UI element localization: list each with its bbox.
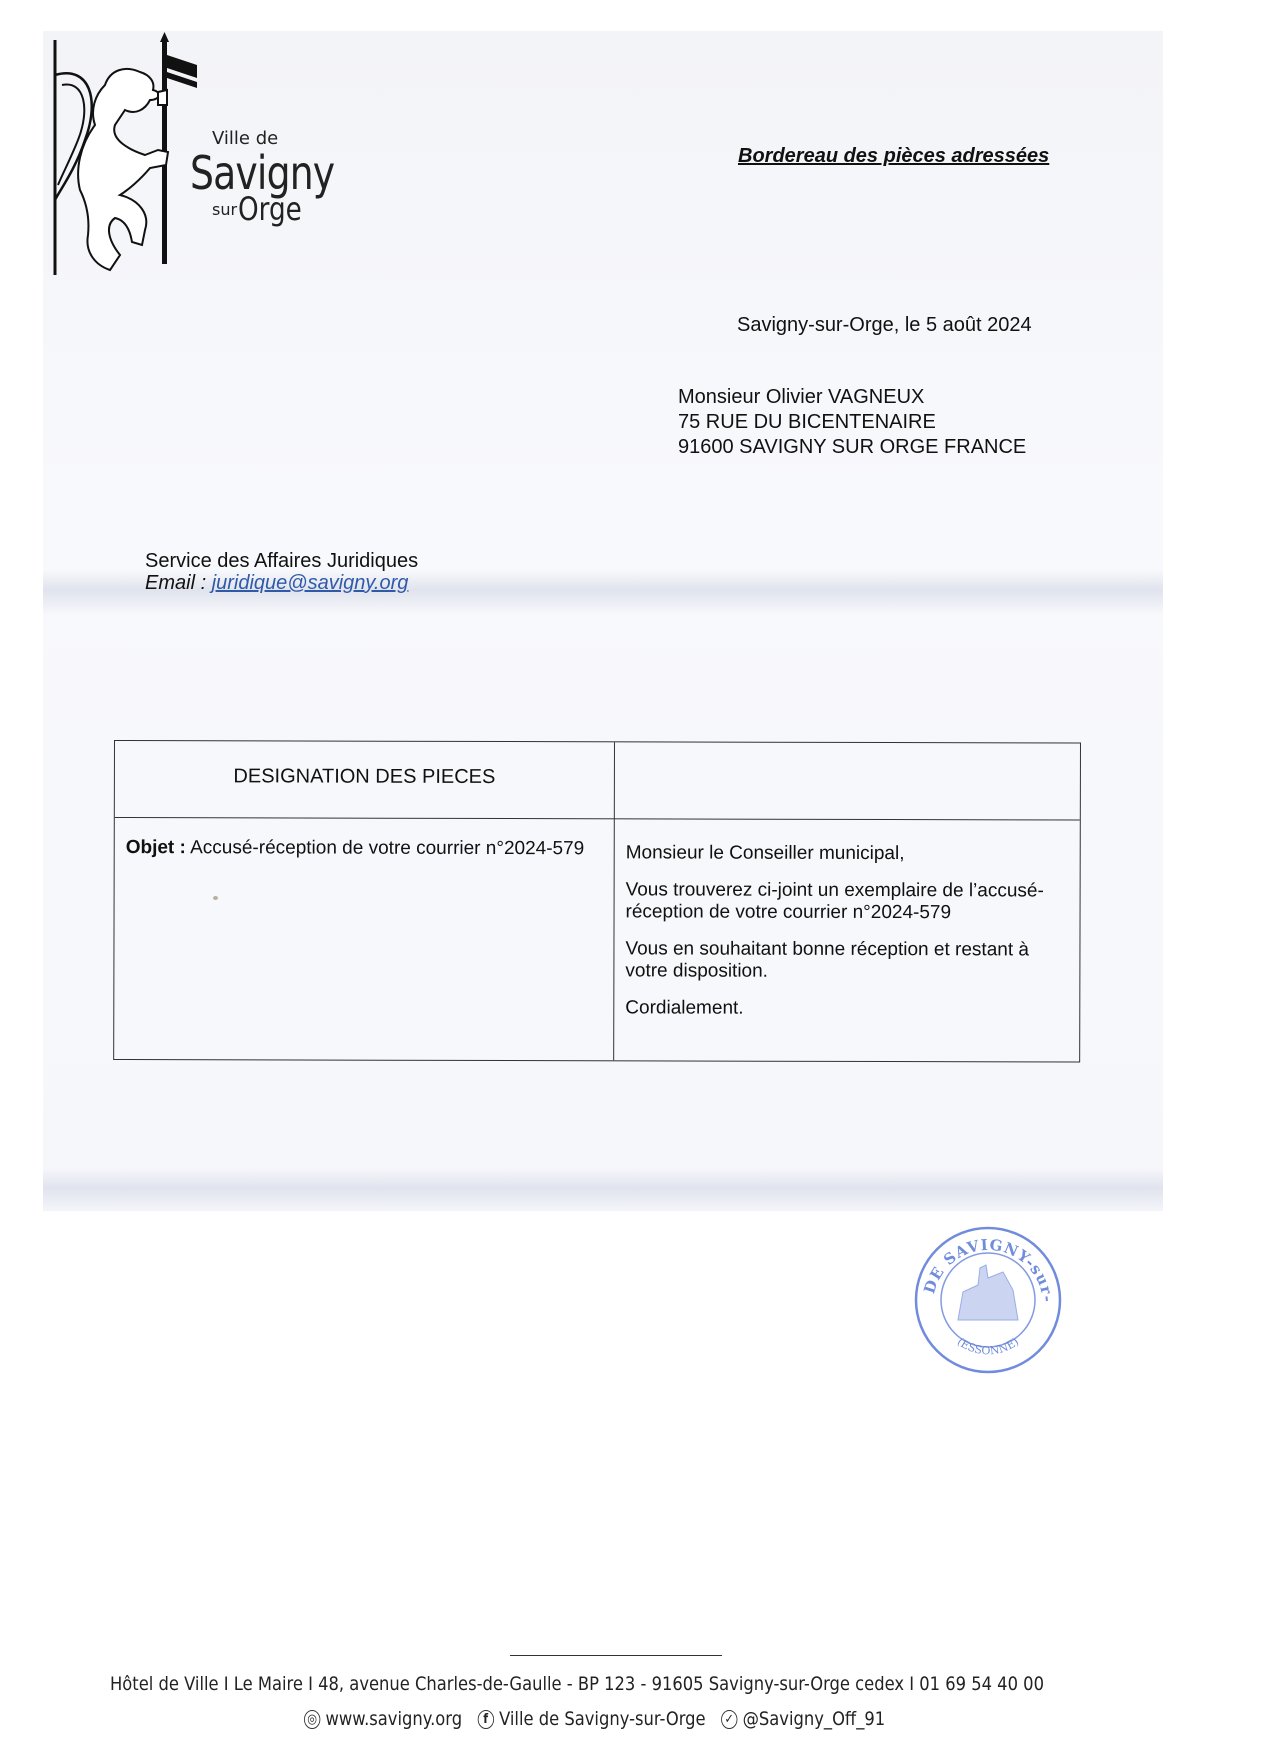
stamp-bottom-text: (ESSONNE) bbox=[955, 1335, 1022, 1357]
message-greeting: Monsieur le Conseiller municipal, bbox=[626, 842, 1076, 865]
facebook-icon: f bbox=[478, 1710, 494, 1729]
sender-block: Service des Affaires Juridiques Email : … bbox=[145, 550, 418, 594]
recipient-street: 75 RUE DU BICENTENAIRE bbox=[678, 410, 1026, 435]
table-column-divider bbox=[613, 742, 615, 1060]
svg-text:(ESSONNE): (ESSONNE) bbox=[955, 1335, 1022, 1357]
recipient-name: Monsieur Olivier VAGNEUX bbox=[678, 385, 1026, 410]
table-header-designation: DESIGNATION DES PIECES bbox=[115, 765, 614, 789]
message-body: Vous trouverez ci-joint un exemplaire de… bbox=[626, 879, 1076, 924]
object-text: Accusé-réception de votre courrier n°202… bbox=[186, 837, 584, 859]
email-label: Email : bbox=[145, 572, 212, 594]
footer-address: Hôtel de Ville I Le Maire I 48, avenue C… bbox=[110, 1673, 987, 1695]
documents-table: DESIGNATION DES PIECES Objet : Accusé-ré… bbox=[113, 740, 1081, 1063]
email-link[interactable]: juridique@savigny.org bbox=[212, 572, 409, 594]
city-seal-stamp-icon: VILLE DE SAVIGNY-sur-ORGE (ESSONNE) bbox=[908, 1220, 1068, 1380]
footer-divider bbox=[510, 1655, 722, 1656]
message-closing: Vous en souhaitant bonne réception et re… bbox=[625, 938, 1075, 983]
footer-facebook[interactable]: Ville de Savigny-sur-Orge bbox=[499, 1708, 706, 1730]
message-signoff: Cordialement. bbox=[625, 997, 1075, 1020]
footer-twitter[interactable]: @Savigny_Off_91 bbox=[743, 1708, 886, 1730]
logo-orge: Orge bbox=[238, 190, 302, 228]
scan-speck bbox=[213, 896, 218, 900]
sender-service: Service des Affaires Juridiques bbox=[145, 550, 418, 572]
twitter-icon: ✓ bbox=[721, 1710, 737, 1729]
globe-icon: ◎ bbox=[304, 1710, 320, 1729]
document-title: Bordereau des pièces adressées bbox=[738, 145, 1049, 168]
footer-links: ◎ www.savigny.org f Ville de Savigny-sur… bbox=[304, 1708, 885, 1730]
table-cell-object: Objet : Accusé-réception de votre courri… bbox=[126, 837, 606, 860]
recipient-address: Monsieur Olivier VAGNEUX 75 RUE DU BICEN… bbox=[678, 385, 1026, 460]
footer-website[interactable]: www.savigny.org bbox=[326, 1708, 463, 1730]
document-date: Savigny-sur-Orge, le 5 août 2024 bbox=[737, 314, 1032, 337]
object-label: Objet : bbox=[126, 837, 186, 858]
recipient-city: 91600 SAVIGNY SUR ORGE FRANCE bbox=[678, 435, 1026, 460]
scan-shadow-band bbox=[43, 1168, 1163, 1213]
table-row-divider bbox=[115, 817, 1080, 821]
table-cell-message: Monsieur le Conseiller municipal, Vous t… bbox=[625, 842, 1076, 1035]
logo-sur: sur bbox=[212, 200, 237, 219]
